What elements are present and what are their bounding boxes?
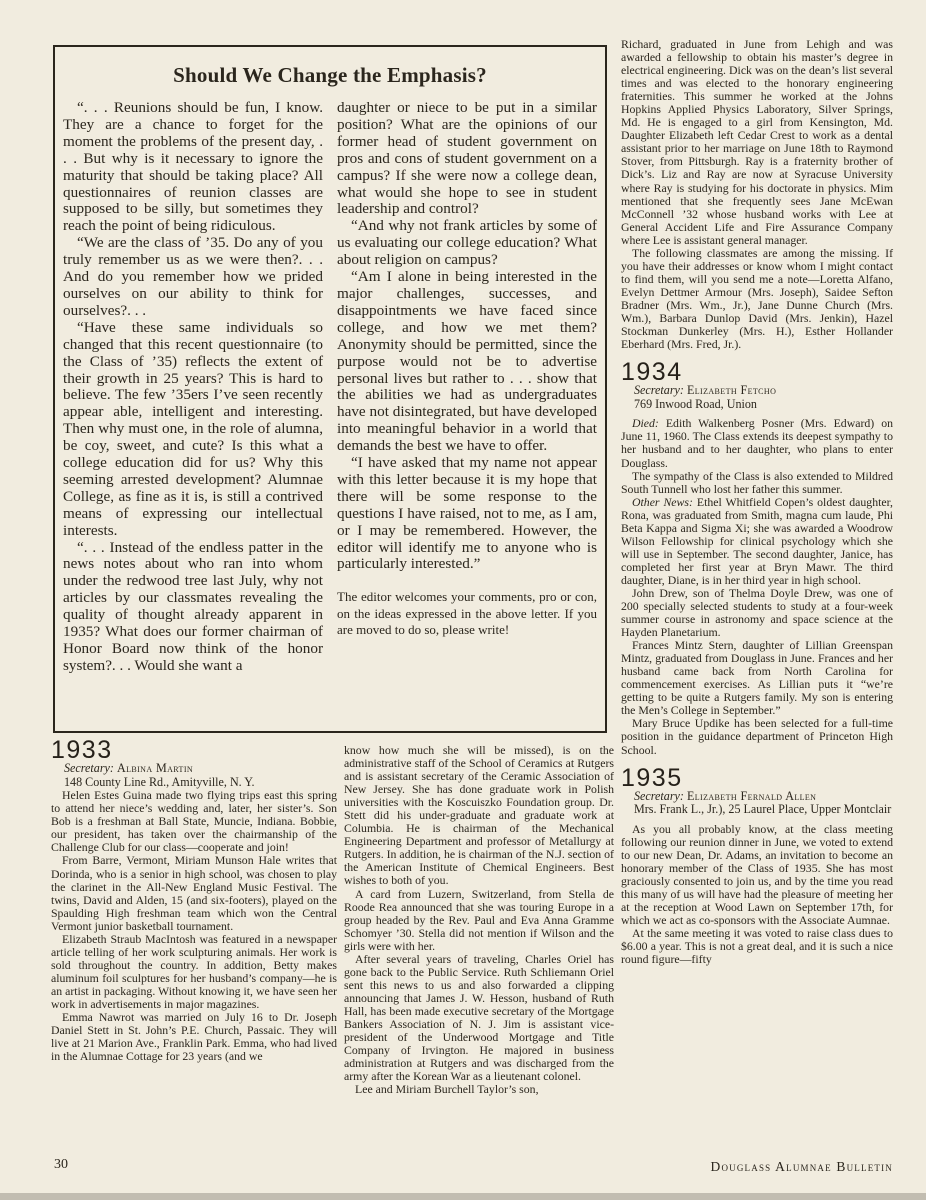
news-paragraph: Frances Mintz Stern, daughter of Lillian… <box>621 639 893 717</box>
secretary-line: Secretary: Albina Martin <box>64 762 337 776</box>
paragraph-lead: Died: <box>632 416 666 430</box>
news-paragraph: John Drew, son of Thelma Doyle Drew, was… <box>621 587 893 639</box>
class-section-1933: 1933 Secretary: Albina Martin 148 County… <box>51 744 337 1063</box>
secretary-address: Mrs. Frank L., Jr.), 25 Laurel Place, Up… <box>634 803 893 817</box>
news-paragraph: Died: Edith Walkenberg Posner (Mrs. Edwa… <box>621 417 893 469</box>
news-paragraph: The following classmates are among the m… <box>621 247 893 351</box>
article-paragraph: “Have these same individuals so changed … <box>63 320 323 540</box>
article-column-2: daughter or niece to be put in a similar… <box>337 100 597 675</box>
secretary-name: Elizabeth Fetcho <box>687 383 776 397</box>
secretary-name: Elizabeth Fernald Allen <box>687 789 816 803</box>
magazine-page: Should We Change the Emphasis? “. . . Re… <box>0 0 926 1200</box>
page-number: 30 <box>54 1157 68 1173</box>
news-paragraph: Helen Estes Guina made two flying trips … <box>51 789 337 854</box>
secretary-address: 769 Inwood Road, Union <box>634 398 893 412</box>
class-year-heading: 1935 <box>621 772 893 785</box>
article-paragraph: “. . . Instead of the endless patter in … <box>63 540 323 675</box>
news-paragraph: At the same meeting it was voted to rais… <box>621 927 893 966</box>
class-section-1934: 1934 Secretary: Elizabeth Fetcho 769 Inw… <box>621 366 893 756</box>
secretary-label: Secretary: <box>634 383 687 397</box>
secretary-address: 148 County Line Rd., Amityville, N. Y. <box>64 776 337 790</box>
class-year-heading: 1933 <box>51 744 337 757</box>
class-year-heading: 1934 <box>621 366 893 379</box>
news-paragraph: After several years of traveling, Charle… <box>344 953 614 1083</box>
scan-edge <box>0 1193 926 1200</box>
article-paragraph: “We are the class of ’35. Do any of you … <box>63 235 323 320</box>
article-paragraph: “Am I alone in being interested in the m… <box>337 269 597 455</box>
news-paragraph: Emma Nawrot was married on July 16 to Dr… <box>51 1011 337 1063</box>
secretary-label: Secretary: <box>64 761 117 775</box>
article-paragraph: daughter or niece to be put in a similar… <box>337 100 597 218</box>
secretary-line: Secretary: Elizabeth Fetcho <box>634 384 893 398</box>
paragraph-lead: Other News: <box>632 495 697 509</box>
news-paragraph: From Barre, Vermont, Miriam Munson Hale … <box>51 854 337 932</box>
news-paragraph: A card from Luzern, Switzerland, from St… <box>344 888 614 953</box>
class-section-1935: 1935 Secretary: Elizabeth Fernald Allen … <box>621 772 893 967</box>
news-continuation-paragraph: Richard, graduated in June from Lehigh a… <box>621 38 893 247</box>
article-paragraph: “And why not frank articles by some of u… <box>337 218 597 269</box>
secretary-line: Secretary: Elizabeth Fernald Allen <box>634 790 893 804</box>
article-paragraph: “I have asked that my name not appear wi… <box>337 455 597 573</box>
news-paragraph: Lee and Miriam Burchell Taylor’s son, <box>344 1083 614 1096</box>
article-paragraph: “. . . Reunions should be fun, I know. T… <box>63 100 323 235</box>
news-paragraph: Other News: Ethel Whitfield Copen’s olde… <box>621 496 893 587</box>
news-paragraph: The sympathy of the Class is also extend… <box>621 470 893 496</box>
secretary-name: Albina Martin <box>117 761 193 775</box>
right-news-column: Richard, graduated in June from Lehigh a… <box>621 38 893 966</box>
news-paragraph: Mary Bruce Updike has been selected for … <box>621 717 893 756</box>
article-title: Should We Change the Emphasis? <box>63 63 597 88</box>
middle-column: know how much she will be missed), is on… <box>344 744 614 1096</box>
article-column-1: “. . . Reunions should be fun, I know. T… <box>63 100 323 675</box>
paragraph-text: Ethel Whitfield Copen’s oldest daughter,… <box>621 495 893 587</box>
article-columns: “. . . Reunions should be fun, I know. T… <box>63 100 597 675</box>
featured-article: Should We Change the Emphasis? “. . . Re… <box>53 45 607 733</box>
news-paragraph: As you all probably know, at the class m… <box>621 823 893 927</box>
editor-note: The editor welcomes your comments, pro o… <box>337 589 597 638</box>
secretary-label: Secretary: <box>634 789 687 803</box>
news-paragraph: know how much she will be missed), is on… <box>344 744 614 888</box>
journal-title-footer: Douglass Alumnae Bulletin <box>711 1159 894 1175</box>
news-paragraph: Elizabeth Straub MacIntosh was featured … <box>51 933 337 1011</box>
